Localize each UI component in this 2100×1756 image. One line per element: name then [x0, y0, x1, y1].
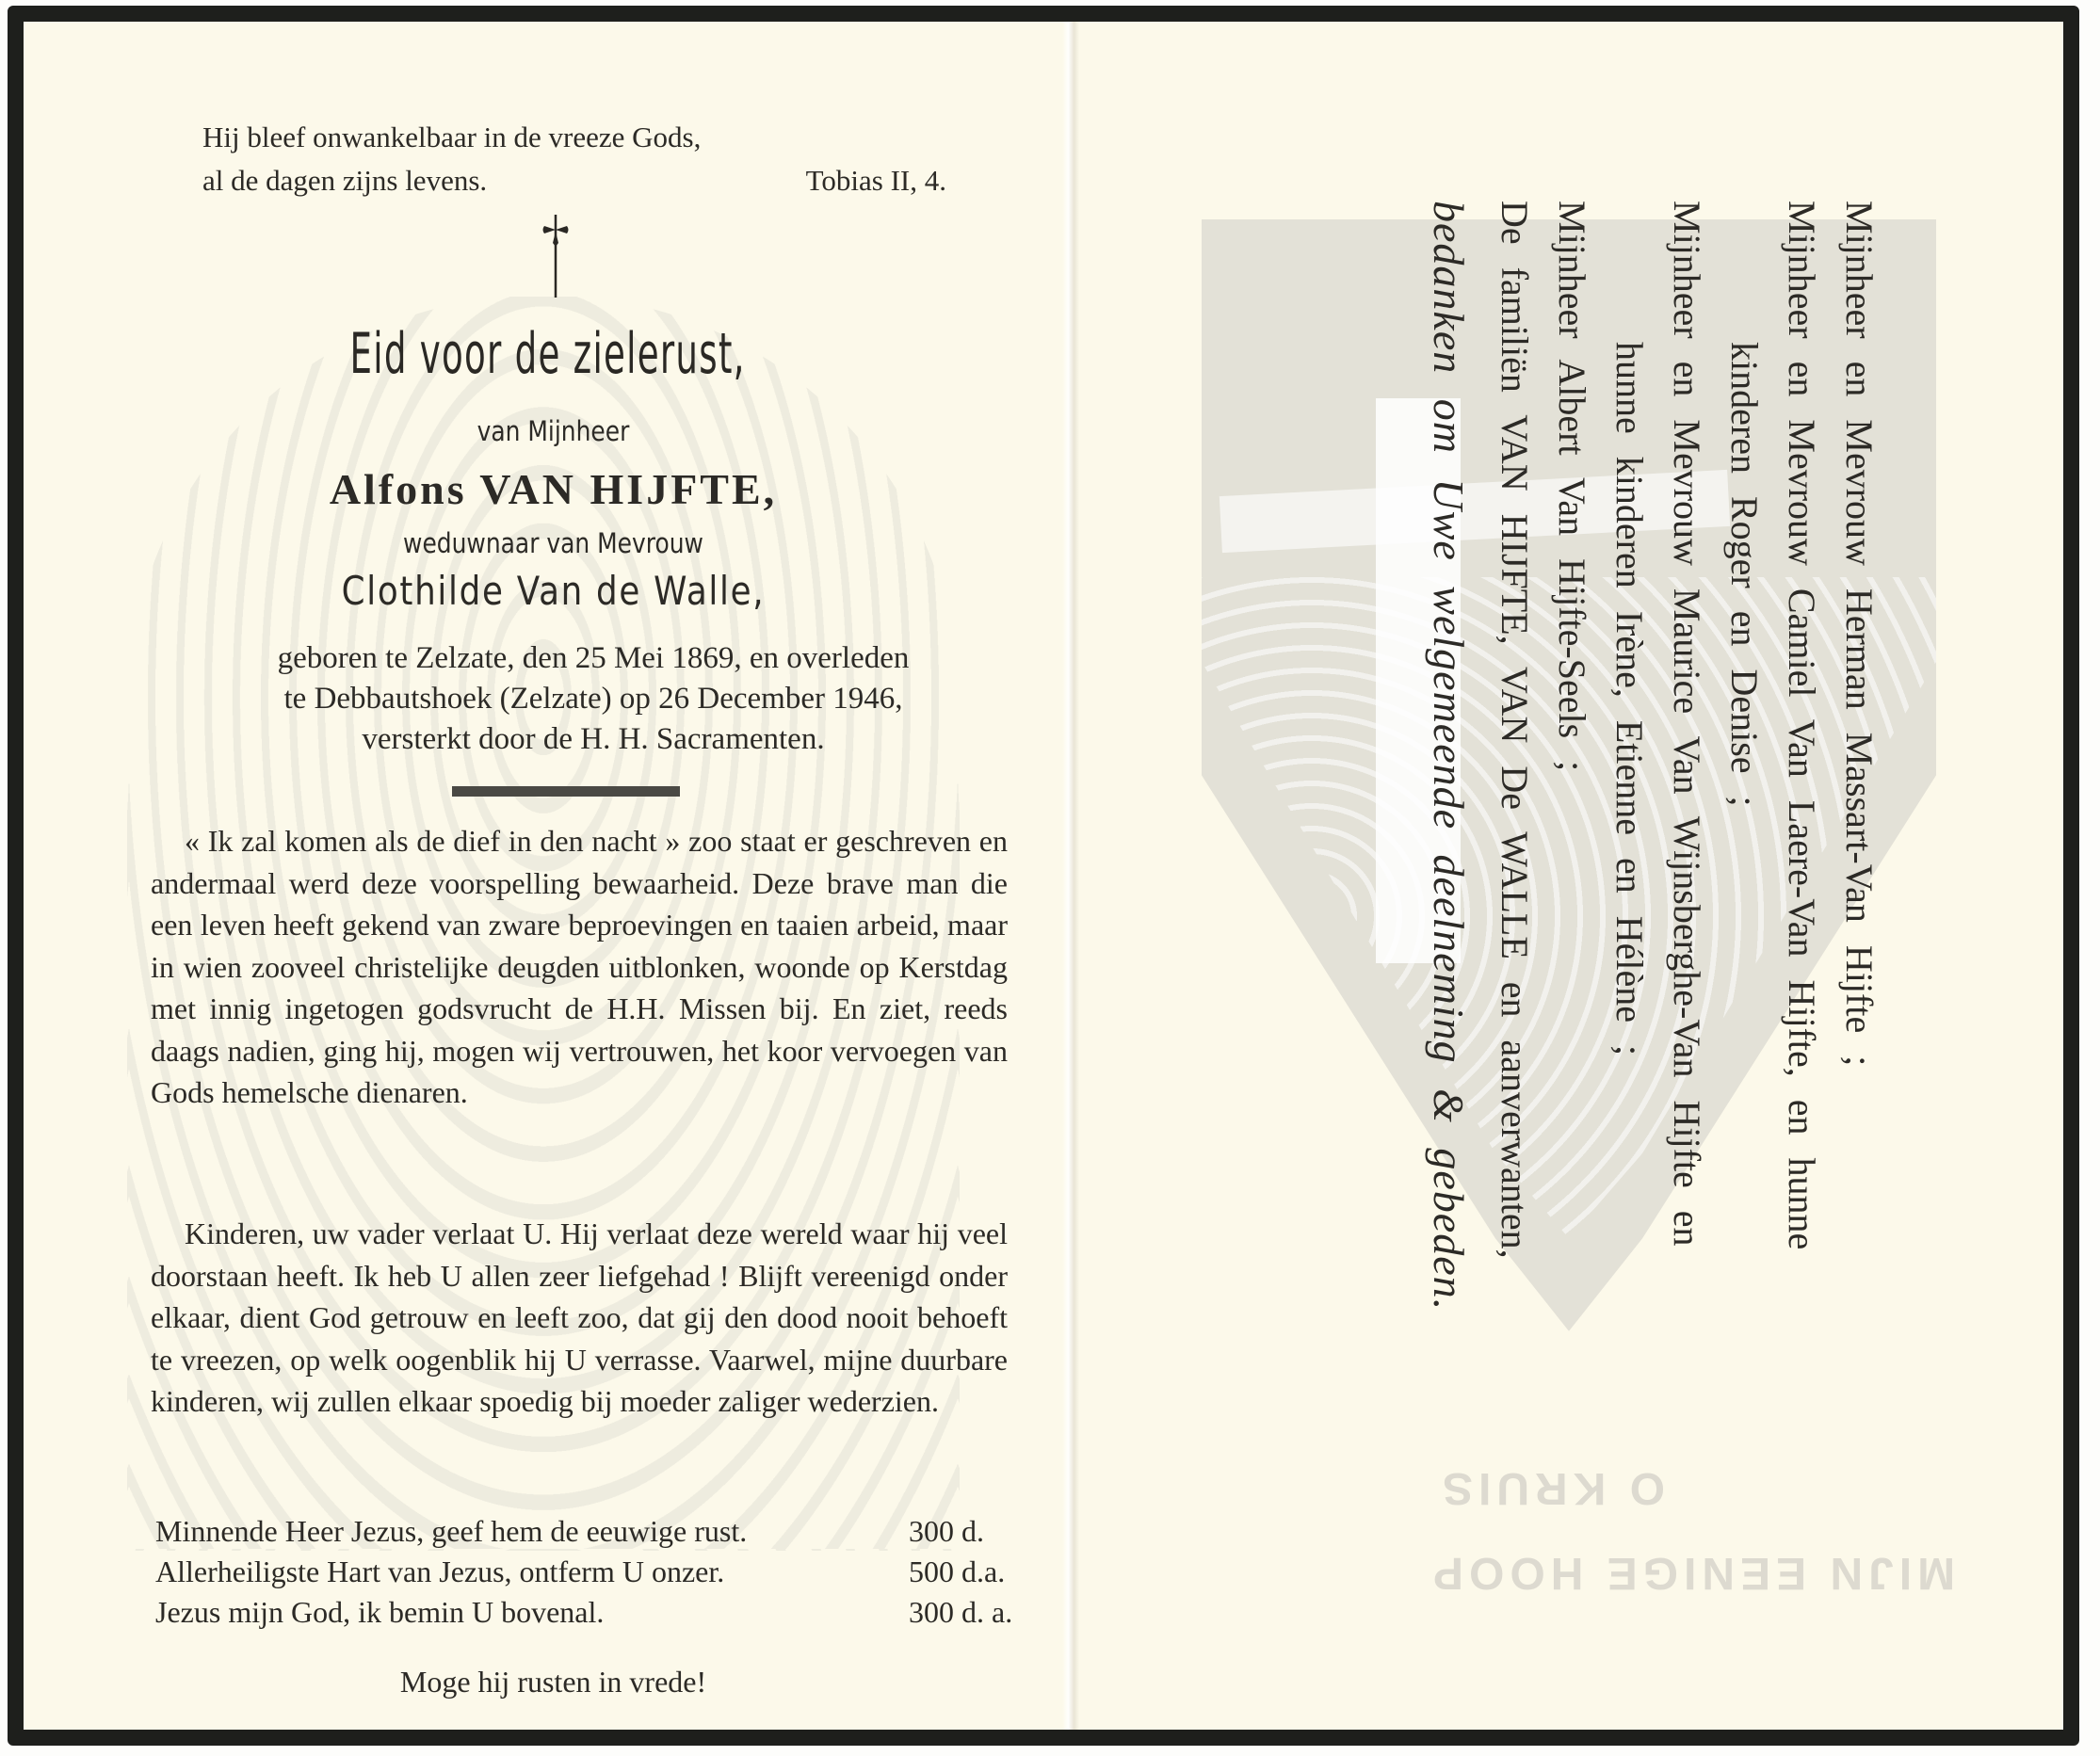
body-paragraph-1: « Ik zal komen als de dief in den nacht … [151, 820, 1008, 1114]
prayer-row: Minnende Heer Jezus, geef hem de eeuwige… [155, 1511, 1059, 1552]
deceased-name: Alfons VAN HIJFTE, [24, 464, 1083, 514]
family-line: kinderen Roger en Denise ; [1716, 201, 1773, 1651]
spouse-name: Clothilde Van de Walle, [103, 568, 1003, 614]
birth-death-line: geboren te Zelzate, den 25 Mei 1869, en … [141, 638, 1045, 679]
family-line: hunne kinderen Irène, Etienne en Hélène … [1601, 201, 1658, 1651]
life-dates: geboren te Zelzate, den 25 Mei 1869, en … [141, 638, 1045, 760]
epigraph-line-2: al de dagen zijns levens. [202, 159, 487, 202]
prayer-row: Allerheiligste Hart van Jezus, ontferm U… [155, 1552, 1059, 1592]
prayer-indulgence: 300 d. [909, 1511, 1059, 1552]
epigraph: Hij bleef onwankelbaar in de vreeze Gods… [202, 116, 975, 202]
ornamental-divider [452, 786, 680, 797]
van-mijnheer: van Mijnheer [98, 415, 1010, 447]
paragraph-text: « Ik zal komen als de dief in den nacht … [151, 820, 1008, 1114]
prayer-text: Allerheiligste Hart van Jezus, ontferm U… [155, 1552, 724, 1592]
prayer-text: Jezus mijn God, ik bemin U bovenal. [155, 1592, 604, 1633]
family-line: Mijnheer en Mevrouw Herman Massart-Van H… [1831, 201, 1888, 1651]
closing-line: Moge hij rusten in vrede! [24, 1665, 1083, 1700]
memorial-card: Hij bleef onwankelbaar in de vreeze Gods… [8, 6, 2079, 1746]
prayer-row: Jezus mijn God, ik bemin U bovenal. 300 … [155, 1592, 1059, 1633]
sacraments-line: versterkt door de H. H. Sacramenten. [141, 719, 1045, 760]
memorial-title: Eid voor de zielerust, [226, 321, 870, 387]
left-panel: Hij bleef onwankelbaar in de vreeze Gods… [24, 22, 1062, 1730]
family-line: Mijnheer en Mevrouw Maurice Van Wijnsber… [1658, 201, 1716, 1651]
family-line: De familiën VAN HIJFTE, VAN De WALLE en … [1486, 201, 1543, 1651]
epigraph-line-1: Hij bleef onwankelbaar in de vreeze Gods… [202, 116, 975, 159]
widower-of: weduwnaar van Mevrouw [98, 527, 1010, 559]
family-line: Mijnheer en Mevrouw Camiel Van Laere-Van… [1773, 201, 1831, 1651]
acknowledgement-text: Mijnheer en Mevrouw Herman Massart-Van H… [1210, 201, 1888, 1651]
paragraph-text: Kinderen, uw vader verlaat U. Hij verlaa… [151, 1213, 1008, 1423]
body-paragraph-2: Kinderen, uw vader verlaat U. Hij verlaa… [151, 1213, 1008, 1423]
place-date-line: te Debbautshoek (Zelzate) op 26 December… [141, 679, 1045, 719]
cross-icon [540, 215, 572, 299]
prayer-text: Minnende Heer Jezus, geef hem de eeuwige… [155, 1511, 747, 1552]
epigraph-reference: Tobias II, 4. [806, 159, 946, 202]
family-line: Mijnheer Albert Van Hijfte-Seels ; [1543, 201, 1601, 1651]
thanks-line: bedanken om Uwe welgemeende deelneming &… [1411, 201, 1486, 1651]
fold-crease [1062, 22, 1079, 1730]
prayer-indulgence: 300 d. a. [909, 1592, 1059, 1633]
prayer-indulgence: 500 d.a. [909, 1552, 1059, 1592]
indulgence-prayers: Minnende Heer Jezus, geef hem de eeuwige… [155, 1511, 1059, 1633]
